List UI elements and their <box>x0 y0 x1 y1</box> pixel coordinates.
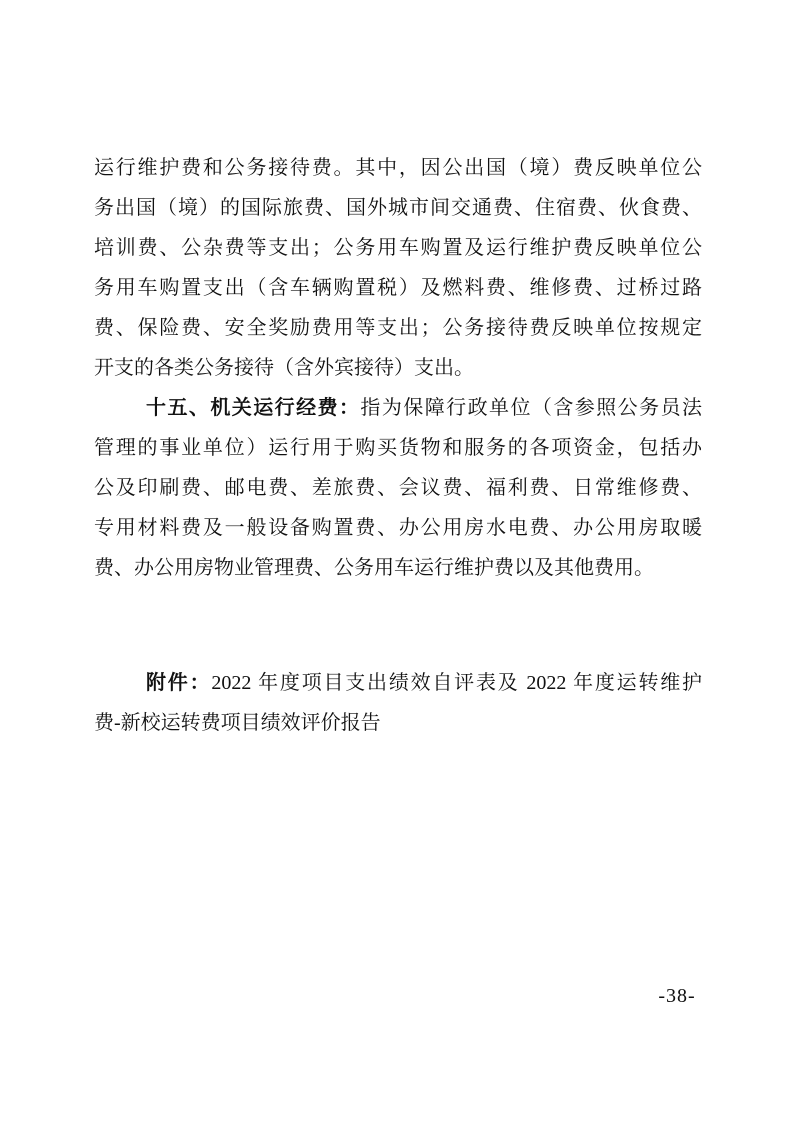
attachment-line-1: 附件：2022 年度项目支出绩效自评表及 2022 年度运转维护 <box>94 663 702 703</box>
para1-line-2: 务出国（境）的国际旅费、国外城市间交通费、住宿费、伙食费、 <box>94 188 702 228</box>
para2-line-5: 费、办公用房物业管理费、公务用车运行维护费以及其他费用。 <box>94 548 702 588</box>
para1-line-5: 费、保险费、安全奖励费用等支出；公务接待费反映单位按规定 <box>94 308 702 348</box>
para1-line-6: 开支的各类公务接待（含外宾接待）支出。 <box>94 348 702 388</box>
page-number: -38- <box>648 985 706 1008</box>
document-body: 运行维护费和公务接待费。其中，因公出国（境）费反映单位公 务出国（境）的国际旅费… <box>94 148 702 743</box>
para2-line-2: 管理的事业单位）运行用于购买货物和服务的各项资金，包括办 <box>94 428 702 468</box>
blank-gap <box>94 588 702 663</box>
section-heading-rest: 指为保障行政单位（含参照公务员法 <box>360 397 702 419</box>
para1-line-3: 培训费、公杂费等支出；公务用车购置及运行维护费反映单位公 <box>94 228 702 268</box>
para1-line-1: 运行维护费和公务接待费。其中，因公出国（境）费反映单位公 <box>94 148 702 188</box>
para2-line-1: 十五、机关运行经费：指为保障行政单位（含参照公务员法 <box>94 388 702 428</box>
para2-line-4: 专用材料费及一般设备购置费、办公用房水电费、办公用房取暖 <box>94 508 702 548</box>
para1-line-4: 务用车购置支出（含车辆购置税）及燃料费、维修费、过桥过路 <box>94 268 702 308</box>
attachment-title: 2022 年度项目支出绩效自评表及 2022 年度运转维护 <box>211 672 702 694</box>
attachment-label: 附件： <box>146 672 211 694</box>
para2-line-3: 公及印刷费、邮电费、差旅费、会议费、福利费、日常维修费、 <box>94 468 702 508</box>
section-heading: 十五、机关运行经费： <box>146 397 360 419</box>
attachment-line-2: 费-新校运转费项目绩效评价报告 <box>94 703 702 743</box>
document-page: 运行维护费和公务接待费。其中，因公出国（境）费反映单位公 务出国（境）的国际旅费… <box>0 0 793 1122</box>
